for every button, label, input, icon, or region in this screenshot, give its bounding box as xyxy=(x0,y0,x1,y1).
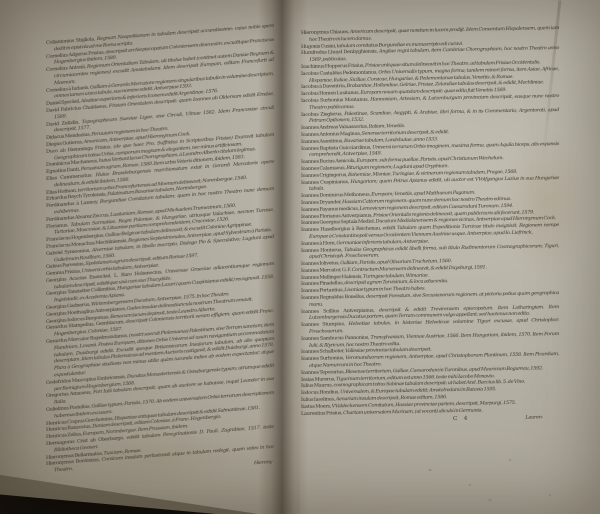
left-page: Collantonius Stigliola, Regnum Neapolita… xyxy=(46,23,274,483)
book-photo: Collantonius Stigliola, Regnum Neapolita… xyxy=(0,0,600,514)
author-name: Ioannes Crigingerus, xyxy=(301,172,348,179)
author-name: Ioannes Auentinus, xyxy=(301,138,344,145)
author-name: Iacobus Surhonius Montanus, xyxy=(301,97,370,104)
author-name: Humfredus Lhuyd Denbyghiensis, xyxy=(301,49,379,56)
author-name: Iacobus Zieglerus, xyxy=(301,111,344,118)
author-name: Ioannes Honterus, xyxy=(301,247,344,254)
entry-description: Italiam, Venetiis. xyxy=(369,123,405,130)
author-name: Ioannes Portantius, xyxy=(301,287,344,294)
author-name: Laurentius Frisius, xyxy=(301,410,343,417)
author-name: Hieronymus Chiaues, xyxy=(301,29,350,36)
author-name: Iosias Murerus, xyxy=(301,376,336,383)
author-name: Ioannes Surhonius, xyxy=(301,355,345,362)
author-name: Ioannes Pinadellus, xyxy=(301,281,344,288)
author-name: Iodocus Hondius, xyxy=(301,389,340,396)
author-name: Iacobus à Daventria, xyxy=(301,84,347,91)
author-name: Ioannes Cuspinianus, xyxy=(301,179,350,186)
author-name: Ioannes Dryander, xyxy=(301,199,342,206)
author-name: Ioannes Regnaldus Bonellus, xyxy=(301,294,366,301)
author-name: Iustus Moers, xyxy=(301,403,332,410)
gathering-signature: C 4 xyxy=(453,416,470,423)
author-name: Iulius Iasolinus, xyxy=(301,396,336,403)
left-page-entry-list: Collantonius Stigliola, Regnum Neapolita… xyxy=(46,23,274,475)
author-name: Ioannes Stumpius, xyxy=(301,321,349,328)
author-name: Hugonis Cusini, xyxy=(301,43,337,50)
right-page-entry-list: Hieronymus Chiaues, Americam descripsit,… xyxy=(301,25,559,417)
right-page: Hieronymus Chiaues, Americam descripsit,… xyxy=(301,25,559,428)
author-name: Ioannes Schalboter, xyxy=(301,349,345,356)
entry-description: Chartam universalem Marinam, (ut vocant)… xyxy=(343,407,483,416)
author-name: Ioannes Iolivetus, xyxy=(301,260,340,267)
right-catchword: Lauren- xyxy=(525,415,543,422)
author-name: Ioannes Teporarius, xyxy=(301,369,345,376)
author-name: Ioannes Calamaeus, xyxy=(301,165,346,172)
author-name: Ioannes à Horn, xyxy=(301,240,336,247)
author-name: Iulius Maurus, xyxy=(301,383,333,390)
paper-specks xyxy=(408,438,583,510)
